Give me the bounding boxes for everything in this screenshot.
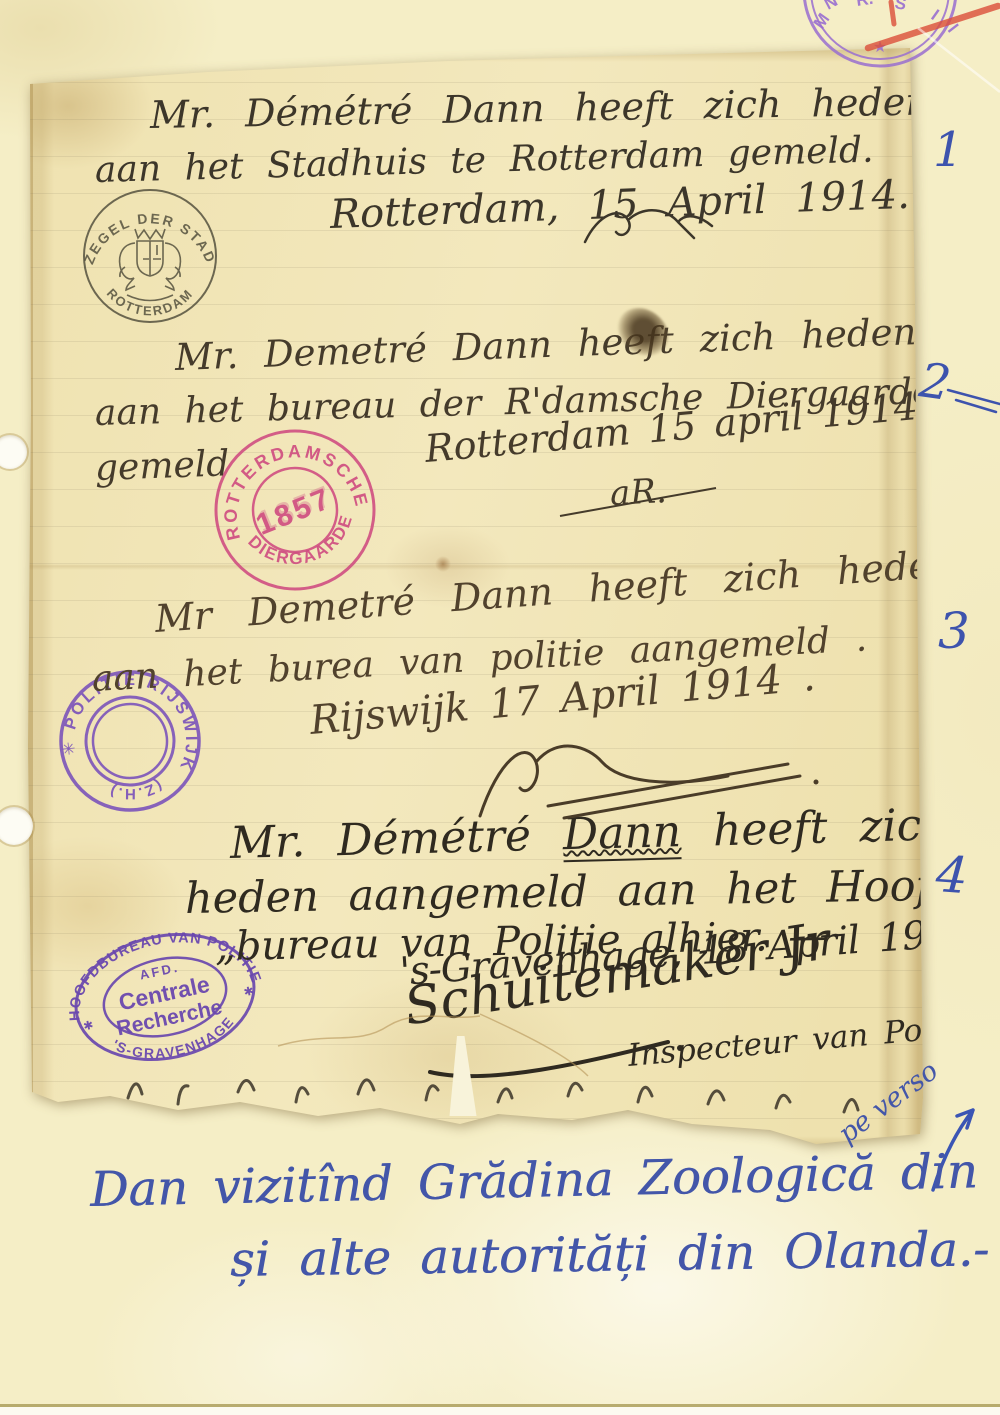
entry4-underlined-name: Dann bbox=[562, 806, 682, 862]
romanian-note-line2: și alte autorități din Olanda.- bbox=[230, 1221, 990, 1288]
corner-stamp-letter: R. bbox=[855, 0, 874, 10]
corner-stamp-letter: I bbox=[928, 6, 943, 24]
scanned-document-page: M N R. S I l ★ bbox=[0, 0, 1000, 1415]
entry4-line1: Mr. Démétré Dann heeft zich bbox=[229, 799, 950, 869]
corner-stamp-letter: S bbox=[893, 0, 907, 14]
margin-number-3: 3 bbox=[938, 602, 970, 660]
cut-off-handwriting bbox=[128, 1080, 858, 1112]
entry2-initials: aR. bbox=[609, 471, 668, 514]
zegel-der-stad-rotterdam-stamp: ZEGEL DER STAD ROTTERDAM bbox=[75, 181, 225, 331]
entry1-line1: Mr. Démétré Dann heeft zich heden bbox=[150, 79, 930, 137]
diergaarde-stamp-year: 1857 bbox=[252, 482, 337, 542]
crown-icon bbox=[135, 229, 165, 239]
corner-municipal-stamp: M N R. S I l ★ bbox=[795, 0, 965, 75]
entry4-line1-post: heeft zich bbox=[680, 799, 950, 857]
corner-stamp-star: ★ bbox=[873, 39, 887, 56]
scan-bottom-strip bbox=[0, 1407, 1000, 1415]
margin-number-4: 4 bbox=[934, 845, 970, 905]
registration-paper: ZEGEL DER STAD ROTTERDAM ROTTERDAMSCHE D… bbox=[28, 46, 924, 1158]
svg-text:(Z.H.): (Z.H.) bbox=[104, 776, 166, 805]
corner-stamp-letter: N bbox=[821, 0, 841, 14]
entry4-line2: heden aangemeld aan het Hoofd.„ bbox=[185, 860, 996, 924]
margin-number-1: 1 bbox=[933, 122, 964, 178]
shield-icon bbox=[137, 241, 163, 276]
paper-tear-mark bbox=[448, 1036, 478, 1116]
entry2-line1: Mr. Demetré Dann heeft zich heden bbox=[174, 310, 917, 379]
hoofdbureau-stamp-star-left: ✱ bbox=[82, 1018, 95, 1034]
lion-right-icon bbox=[165, 243, 180, 290]
entry4-line1-pre: Mr. Démétré bbox=[229, 809, 563, 869]
lion-left-icon bbox=[120, 243, 135, 290]
rijswijk-stamp-bottom-text: (Z.H.) bbox=[104, 776, 166, 805]
entry3-signature-dot bbox=[814, 780, 819, 785]
entry2-gemeld: gemeld bbox=[94, 443, 230, 489]
ribbon-icon bbox=[127, 295, 173, 301]
